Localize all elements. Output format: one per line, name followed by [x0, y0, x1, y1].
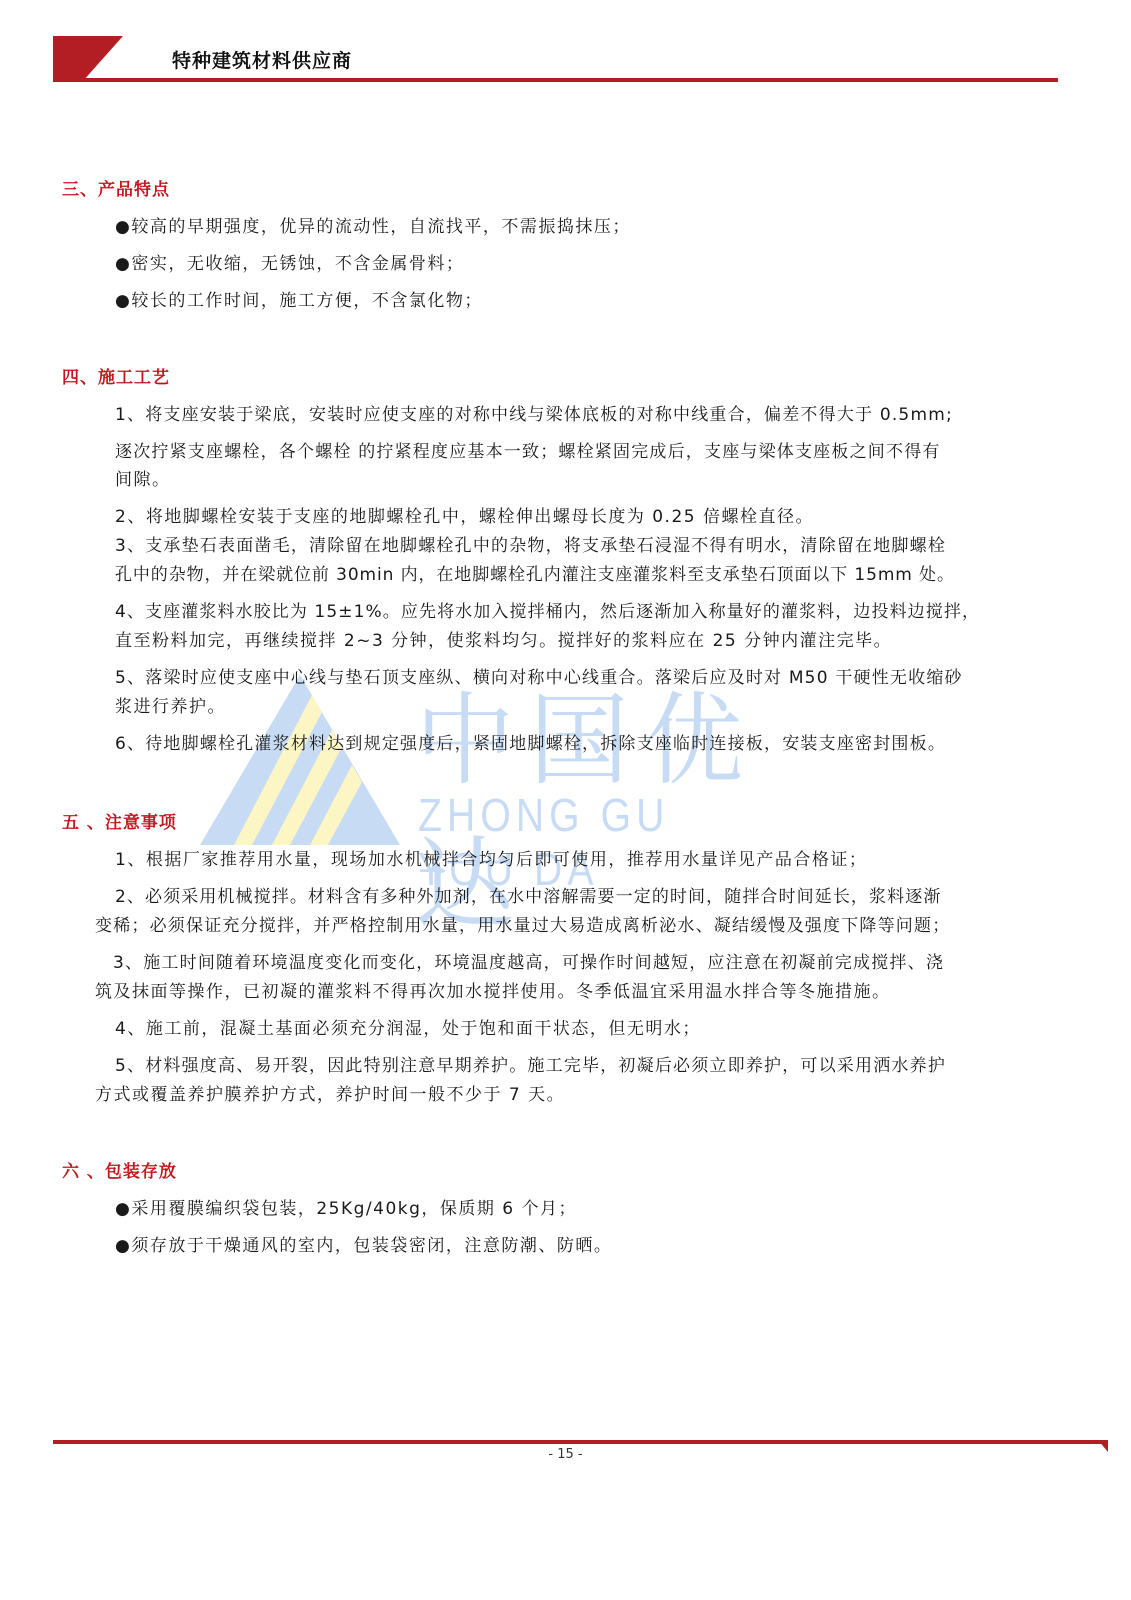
note-item: 变稀；必须保证充分搅拌，并严格控制用水量，用水量过大易造成离析泌水、凝结缓慢及强…: [95, 911, 950, 936]
process-step: 逐次拧紧支座螺栓，各个螺栓 的拧紧程度应基本一致；螺栓紧固完成后，支座与梁体支座…: [115, 437, 941, 462]
header-rule: [53, 78, 1058, 82]
note-item: 筑及抹面等操作，已初凝的灌浆料不得再次加水搅拌使用。冬季低温宜采用温水拌合等冬施…: [95, 977, 891, 1002]
feature-item: ●较高的早期强度，优异的流动性，自流找平，不需振捣抹压；: [115, 212, 631, 237]
process-step: 浆进行养护。: [115, 692, 226, 717]
process-step: 5、落梁时应使支座中心线与垫石顶支座纵、横向对称中心线重合。落梁后应及时对 M5…: [115, 663, 963, 688]
process-step: 4、支座灌浆料水胶比为 15±1%。应先将水加入搅拌桶内，然后逐渐加入称量好的灌…: [115, 597, 980, 622]
feature-item: ●较长的工作时间，施工方便，不含氯化物；: [115, 286, 483, 311]
watermark-english: ZHONG GU YOU DA: [418, 788, 777, 896]
packaging-item: ●须存放于干燥通风的室内，包装袋密闭，注意防潮、防晒。: [115, 1231, 612, 1256]
process-step: 间隙。: [115, 465, 171, 490]
note-item: 2、必须采用机械搅拌。材料含有多种外加剂，在水中溶解需要一定的时间，随拌合时间延…: [115, 882, 941, 907]
feature-item: ●密实，无收缩，无锈蚀，不含金属骨料；: [115, 249, 464, 274]
note-item: 方式或覆盖养护膜养护方式，养护时间一般不少于 7 天。: [95, 1080, 565, 1105]
note-item: 5、材料强度高、易开裂，因此特别注意早期养护。施工完毕，初凝后必须立即养护，可以…: [115, 1051, 946, 1076]
process-step: 6、待地脚螺栓孔灌浆材料达到规定强度后，紧固地脚螺栓，拆除支座临时连接板，安装支…: [115, 729, 946, 754]
footer-rule: [53, 1440, 1106, 1444]
watermark-logo: 中国优达 ZHONG GU YOU DA: [200, 670, 840, 845]
process-step: 2、将地脚螺栓安装于支座的地脚螺栓孔中，螺栓伸出螺母长度为 0.25 倍螺栓直径…: [115, 502, 814, 527]
page-number: - 15 -: [0, 1447, 1131, 1462]
header-red-tab: [53, 36, 83, 81]
note-item: 4、施工前，混凝土基面必须充分润湿，处于饱和面干状态，但无明水；: [115, 1014, 701, 1039]
page-header: 特种建筑材料供应商: [0, 0, 1131, 100]
section-title-packaging: 六 、包装存放: [62, 1157, 177, 1182]
note-item: 3、施工时间随着环境温度变化而变化，环境温度越高，可操作时间越短，应注意在初凝前…: [113, 948, 944, 973]
section-title-process: 四、施工工艺: [62, 363, 170, 388]
process-step: 1、将支座安装于梁底，安装时应使支座的对称中线与梁体底板的对称中线重合，偏差不得…: [115, 400, 953, 425]
header-title: 特种建筑材料供应商: [172, 46, 352, 73]
process-step: 直至粉料加完，再继续搅拌 2~3 分钟，使浆料均匀。搅拌好的浆料应在 25 分钟…: [115, 626, 892, 651]
section-title-notes: 五 、注意事项: [62, 808, 177, 833]
process-step: 3、支承垫石表面凿毛，清除留在地脚螺栓孔中的杂物，将支承垫石浸湿不得有明水，清除…: [115, 531, 946, 556]
section-title-features: 三、产品特点: [62, 175, 170, 200]
watermark-triangle-icon: [200, 670, 420, 845]
header-red-tab-slant: [83, 36, 123, 81]
process-step: 孔中的杂物，并在梁就位前 30min 内，在地脚螺栓孔内灌注支座灌浆料至支承垫石…: [115, 560, 955, 585]
note-item: 1、根据厂家推荐用水量，现场加水机械拌合均匀后即可使用，推荐用水量详见产品合格证…: [115, 845, 867, 870]
packaging-item: ●采用覆膜编织袋包装，25Kg/40kg，保质期 6 个月；: [115, 1194, 577, 1219]
